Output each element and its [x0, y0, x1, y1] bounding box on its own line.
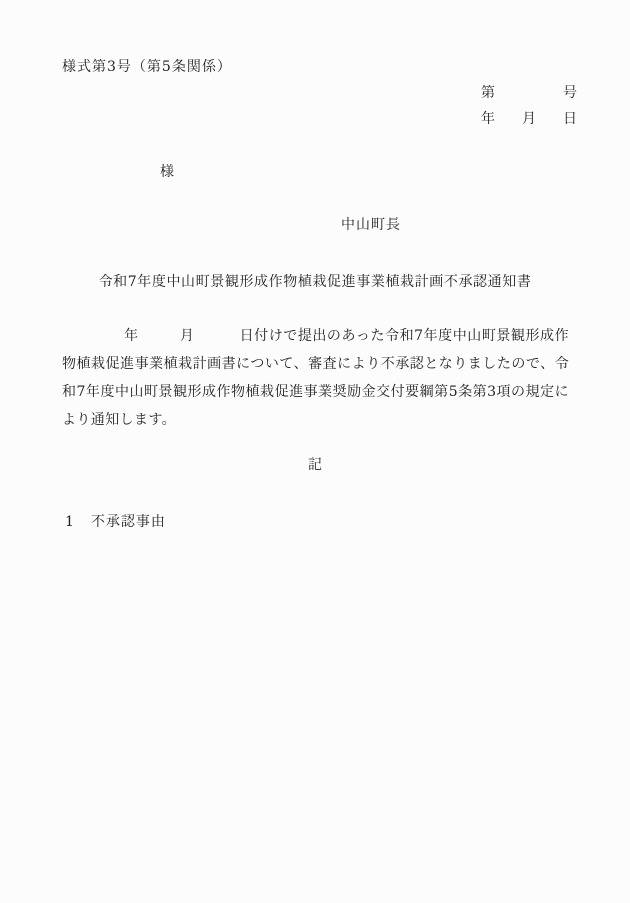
sender-name: 中山町長	[341, 218, 401, 232]
document-title: 令和7年度中山町景観形成作物植栽促進事業植栽計画不承認通知書	[0, 275, 630, 289]
item-1: 1不承認事由	[65, 515, 166, 529]
record-marker: 記	[0, 458, 630, 472]
date-blank-day-gap	[194, 339, 239, 340]
date-year-label: 年	[481, 112, 495, 126]
item-1-label: 不承認事由	[91, 514, 166, 530]
doc-number-line: 第 号	[481, 86, 577, 100]
date-day-label: 日	[563, 112, 577, 126]
date-month-label: 月	[522, 112, 536, 126]
date-line: 年 月 日	[481, 112, 577, 126]
doc-number-suffix: 号	[563, 86, 577, 100]
date-blank-indent	[62, 339, 124, 340]
form-number: 様式第3号（第5条関係）	[62, 60, 232, 74]
addressee-honorific: 様	[160, 165, 174, 179]
body-month-label: 月	[180, 328, 195, 344]
item-1-number: 1	[65, 514, 75, 530]
body-paragraph: 年月日付けで提出のあった令和7年度中山町景観形成作物植栽促進事業植栽計画書につい…	[62, 322, 569, 434]
doc-number-prefix: 第	[481, 86, 495, 100]
document-page: 様式第3号（第5条関係） 第 号 年 月 日 様 中山町長 令和7年度中山町景観…	[0, 0, 630, 903]
date-blank-month-gap	[139, 339, 180, 340]
body-year-label: 年	[124, 328, 139, 344]
